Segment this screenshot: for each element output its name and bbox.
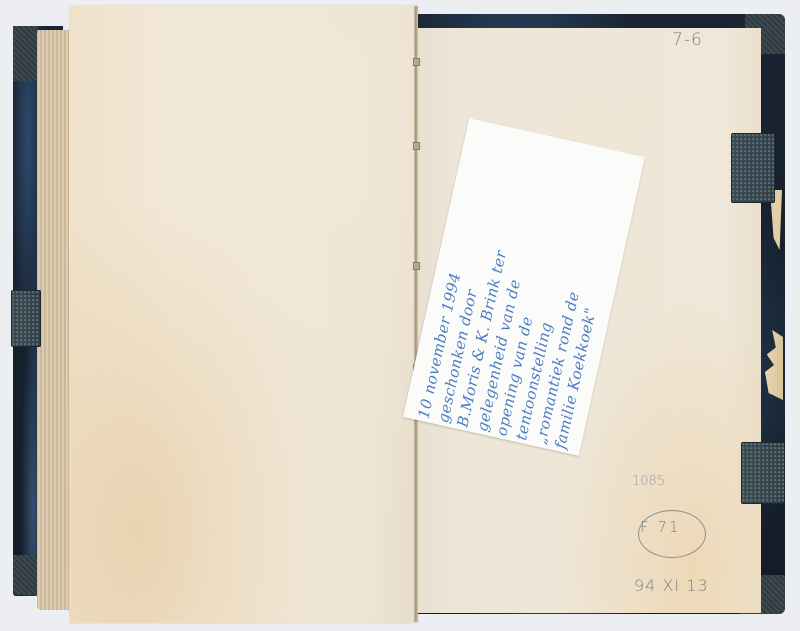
binding-stitch xyxy=(413,142,420,150)
leather-clasp xyxy=(731,133,775,203)
binding-stitch xyxy=(413,262,420,270)
pencil-accession-number: 94 XI 13 xyxy=(634,576,709,595)
binding-stitch xyxy=(413,58,420,66)
pencil-circled-code: F 71 xyxy=(640,518,680,536)
leather-clasp xyxy=(741,442,785,504)
leather-corner xyxy=(13,26,38,81)
book-photo: 10 november 1994 geschonken door B.Moris… xyxy=(0,0,800,631)
book-gutter xyxy=(414,6,418,622)
pencil-inventory-number: 1085 xyxy=(632,474,665,489)
leather-clasp xyxy=(11,290,41,347)
page-block-edges xyxy=(37,30,73,610)
pencil-page-number: 7-6 xyxy=(672,30,703,50)
left-page xyxy=(69,6,417,623)
